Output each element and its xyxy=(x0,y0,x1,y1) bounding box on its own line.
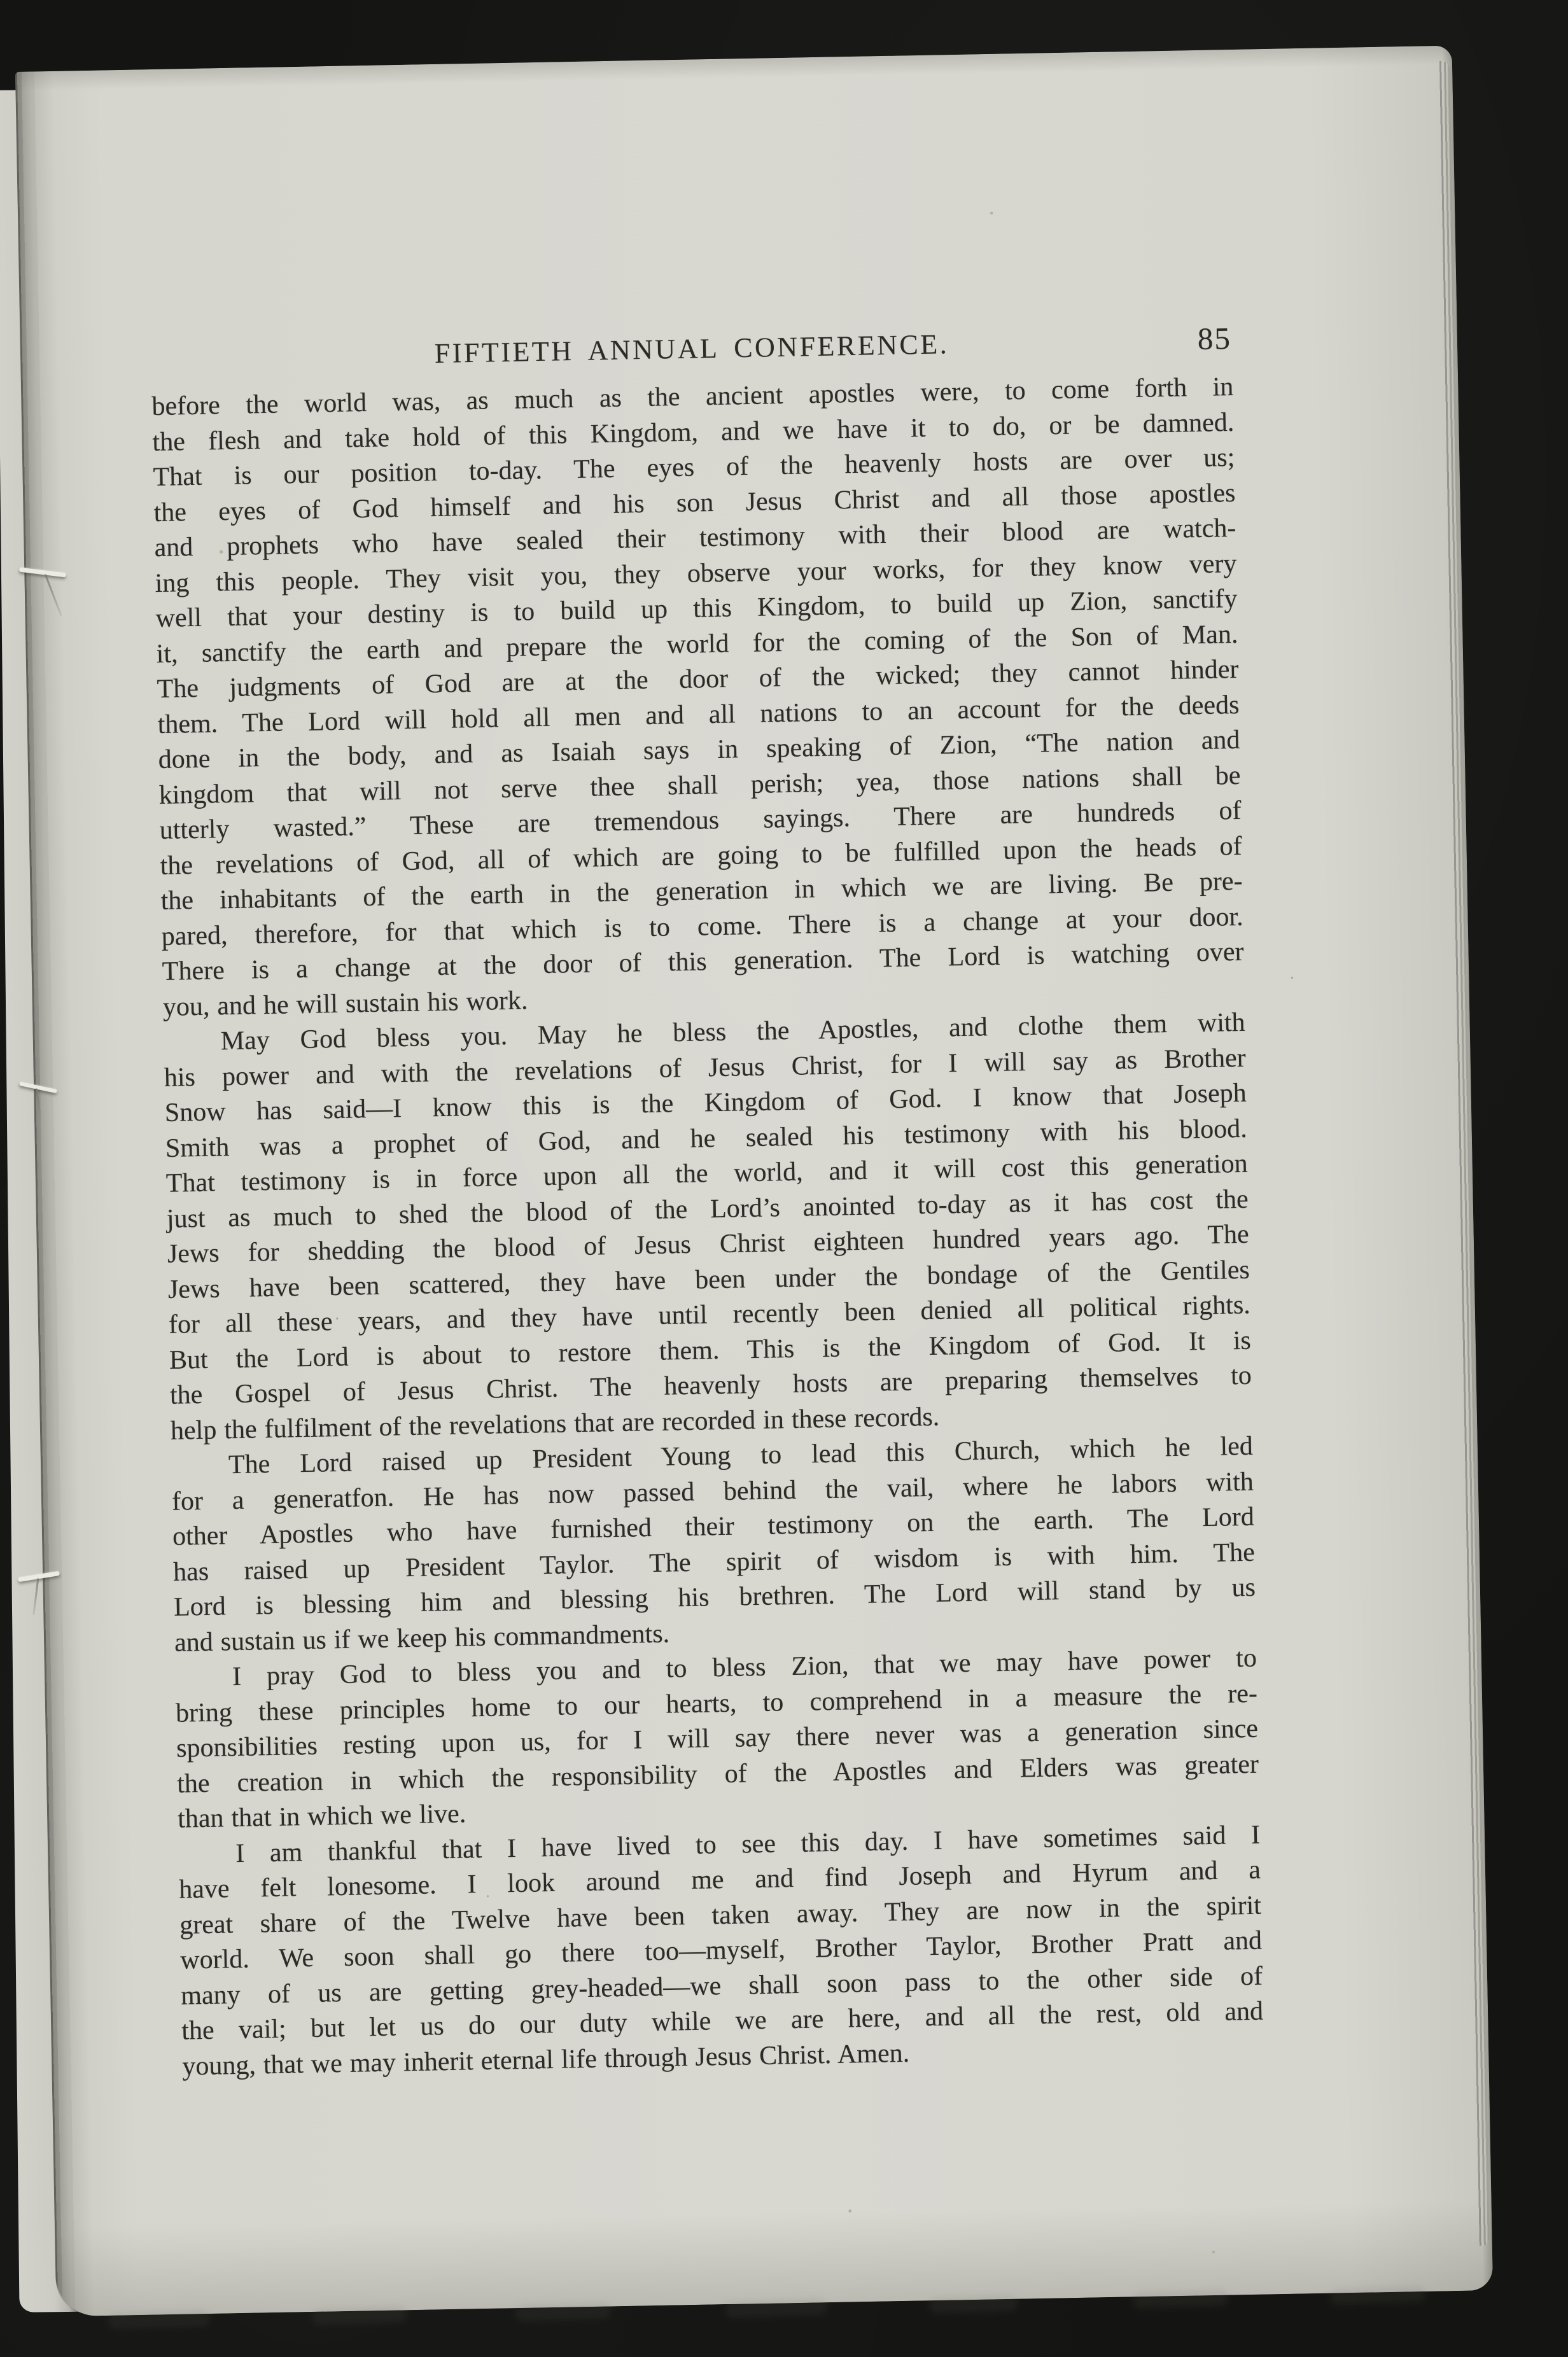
page-number: 85 xyxy=(1197,320,1231,357)
paragraph: The Lord raised up President Young to le… xyxy=(171,1429,1257,1661)
scanner-bed-smudge xyxy=(1330,2285,1426,2305)
paragraph: I am thankful that I have lived to see t… xyxy=(178,1817,1264,2085)
printed-text-block: FIFTIETH ANNUAL CONFERENCE. 85 before th… xyxy=(151,323,1264,2085)
running-title: FIFTIETH ANNUAL CONFERENCE. xyxy=(151,323,1233,375)
text-body: before the world was, as much as the anc… xyxy=(151,370,1264,2085)
scanner-bed-smudge xyxy=(312,2305,408,2325)
scanner-bed-smudge xyxy=(515,2302,612,2321)
paragraph: before the world was, as much as the anc… xyxy=(151,370,1245,1025)
paragraph: I pray God to bless you and to bless Zio… xyxy=(175,1641,1260,1838)
scanned-book-photo: { "document": { "header": { "title": "FI… xyxy=(0,0,1568,2357)
book-page: FIFTIETH ANNUAL CONFERENCE. 85 before th… xyxy=(15,46,1493,2317)
scanner-bed-smudge xyxy=(929,2295,1019,2314)
scanner-bed-smudge xyxy=(1133,2289,1229,2309)
paragraph: May God bless you. May he bless the Apos… xyxy=(163,1005,1252,1449)
